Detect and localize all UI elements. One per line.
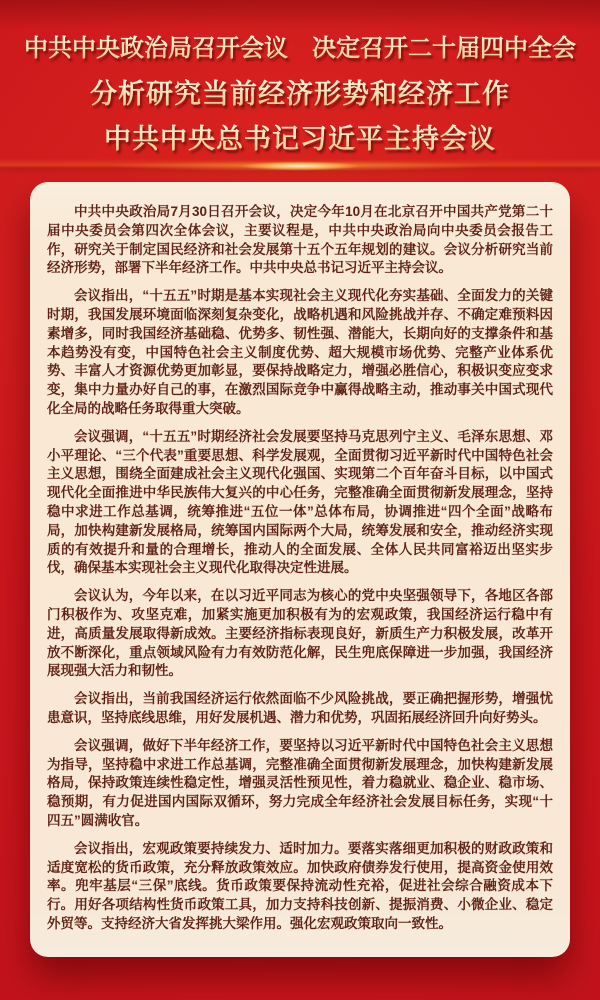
article-paragraph: 会议认为，今年以来，在以习近平同志为核心的党中央坚强领导下，各地区各部门积极作为… bbox=[47, 587, 553, 681]
article-card: 中共中央政治局7月30日召开会议，决定今年10月在北京召开中国共产党第二十届中央… bbox=[30, 182, 570, 957]
headline-line-1: 中共中央政治局召开会议 决定召开二十届四中全会 bbox=[0, 26, 600, 72]
headline-line-2: 分析研究当前经济形势和经济工作 bbox=[0, 72, 600, 117]
article-paragraph: 会议强调，做好下半年经济工作，要坚持以习近平新时代中国特色社会主义思想为指导，坚… bbox=[47, 737, 553, 831]
article-paragraph: 中共中央政治局7月30日召开会议，决定今年10月在北京召开中国共产党第二十届中央… bbox=[47, 203, 553, 278]
article-paragraph: 会议指出，当前我国经济运行依然面临不少风险挑战，要正确把握形势，增强忧患意识，坚… bbox=[47, 690, 553, 728]
headline-line-3: 中共中央总书记习近平主持会议 bbox=[0, 117, 600, 162]
article-paragraph: 会议指出，宏观政策要持续发力、适时加力。要落实落细更加积极的财政政策和适度宽松的… bbox=[47, 840, 553, 934]
article-paragraph: 会议强调，“十五五”时期经济社会发展要坚持马克思列宁主义、毛泽东思想、邓小平理论… bbox=[47, 428, 553, 578]
news-poster: 中共中央政治局召开会议 决定召开二十届四中全会 分析研究当前经济形势和经济工作 … bbox=[0, 0, 600, 1000]
headline: 中共中央政治局召开会议 决定召开二十届四中全会 分析研究当前经济形势和经济工作 … bbox=[0, 26, 600, 162]
article-paragraph: 会议指出，“十五五”时期是基本实现社会主义现代化夯实基础、全面发力的关键时期，我… bbox=[47, 287, 553, 419]
